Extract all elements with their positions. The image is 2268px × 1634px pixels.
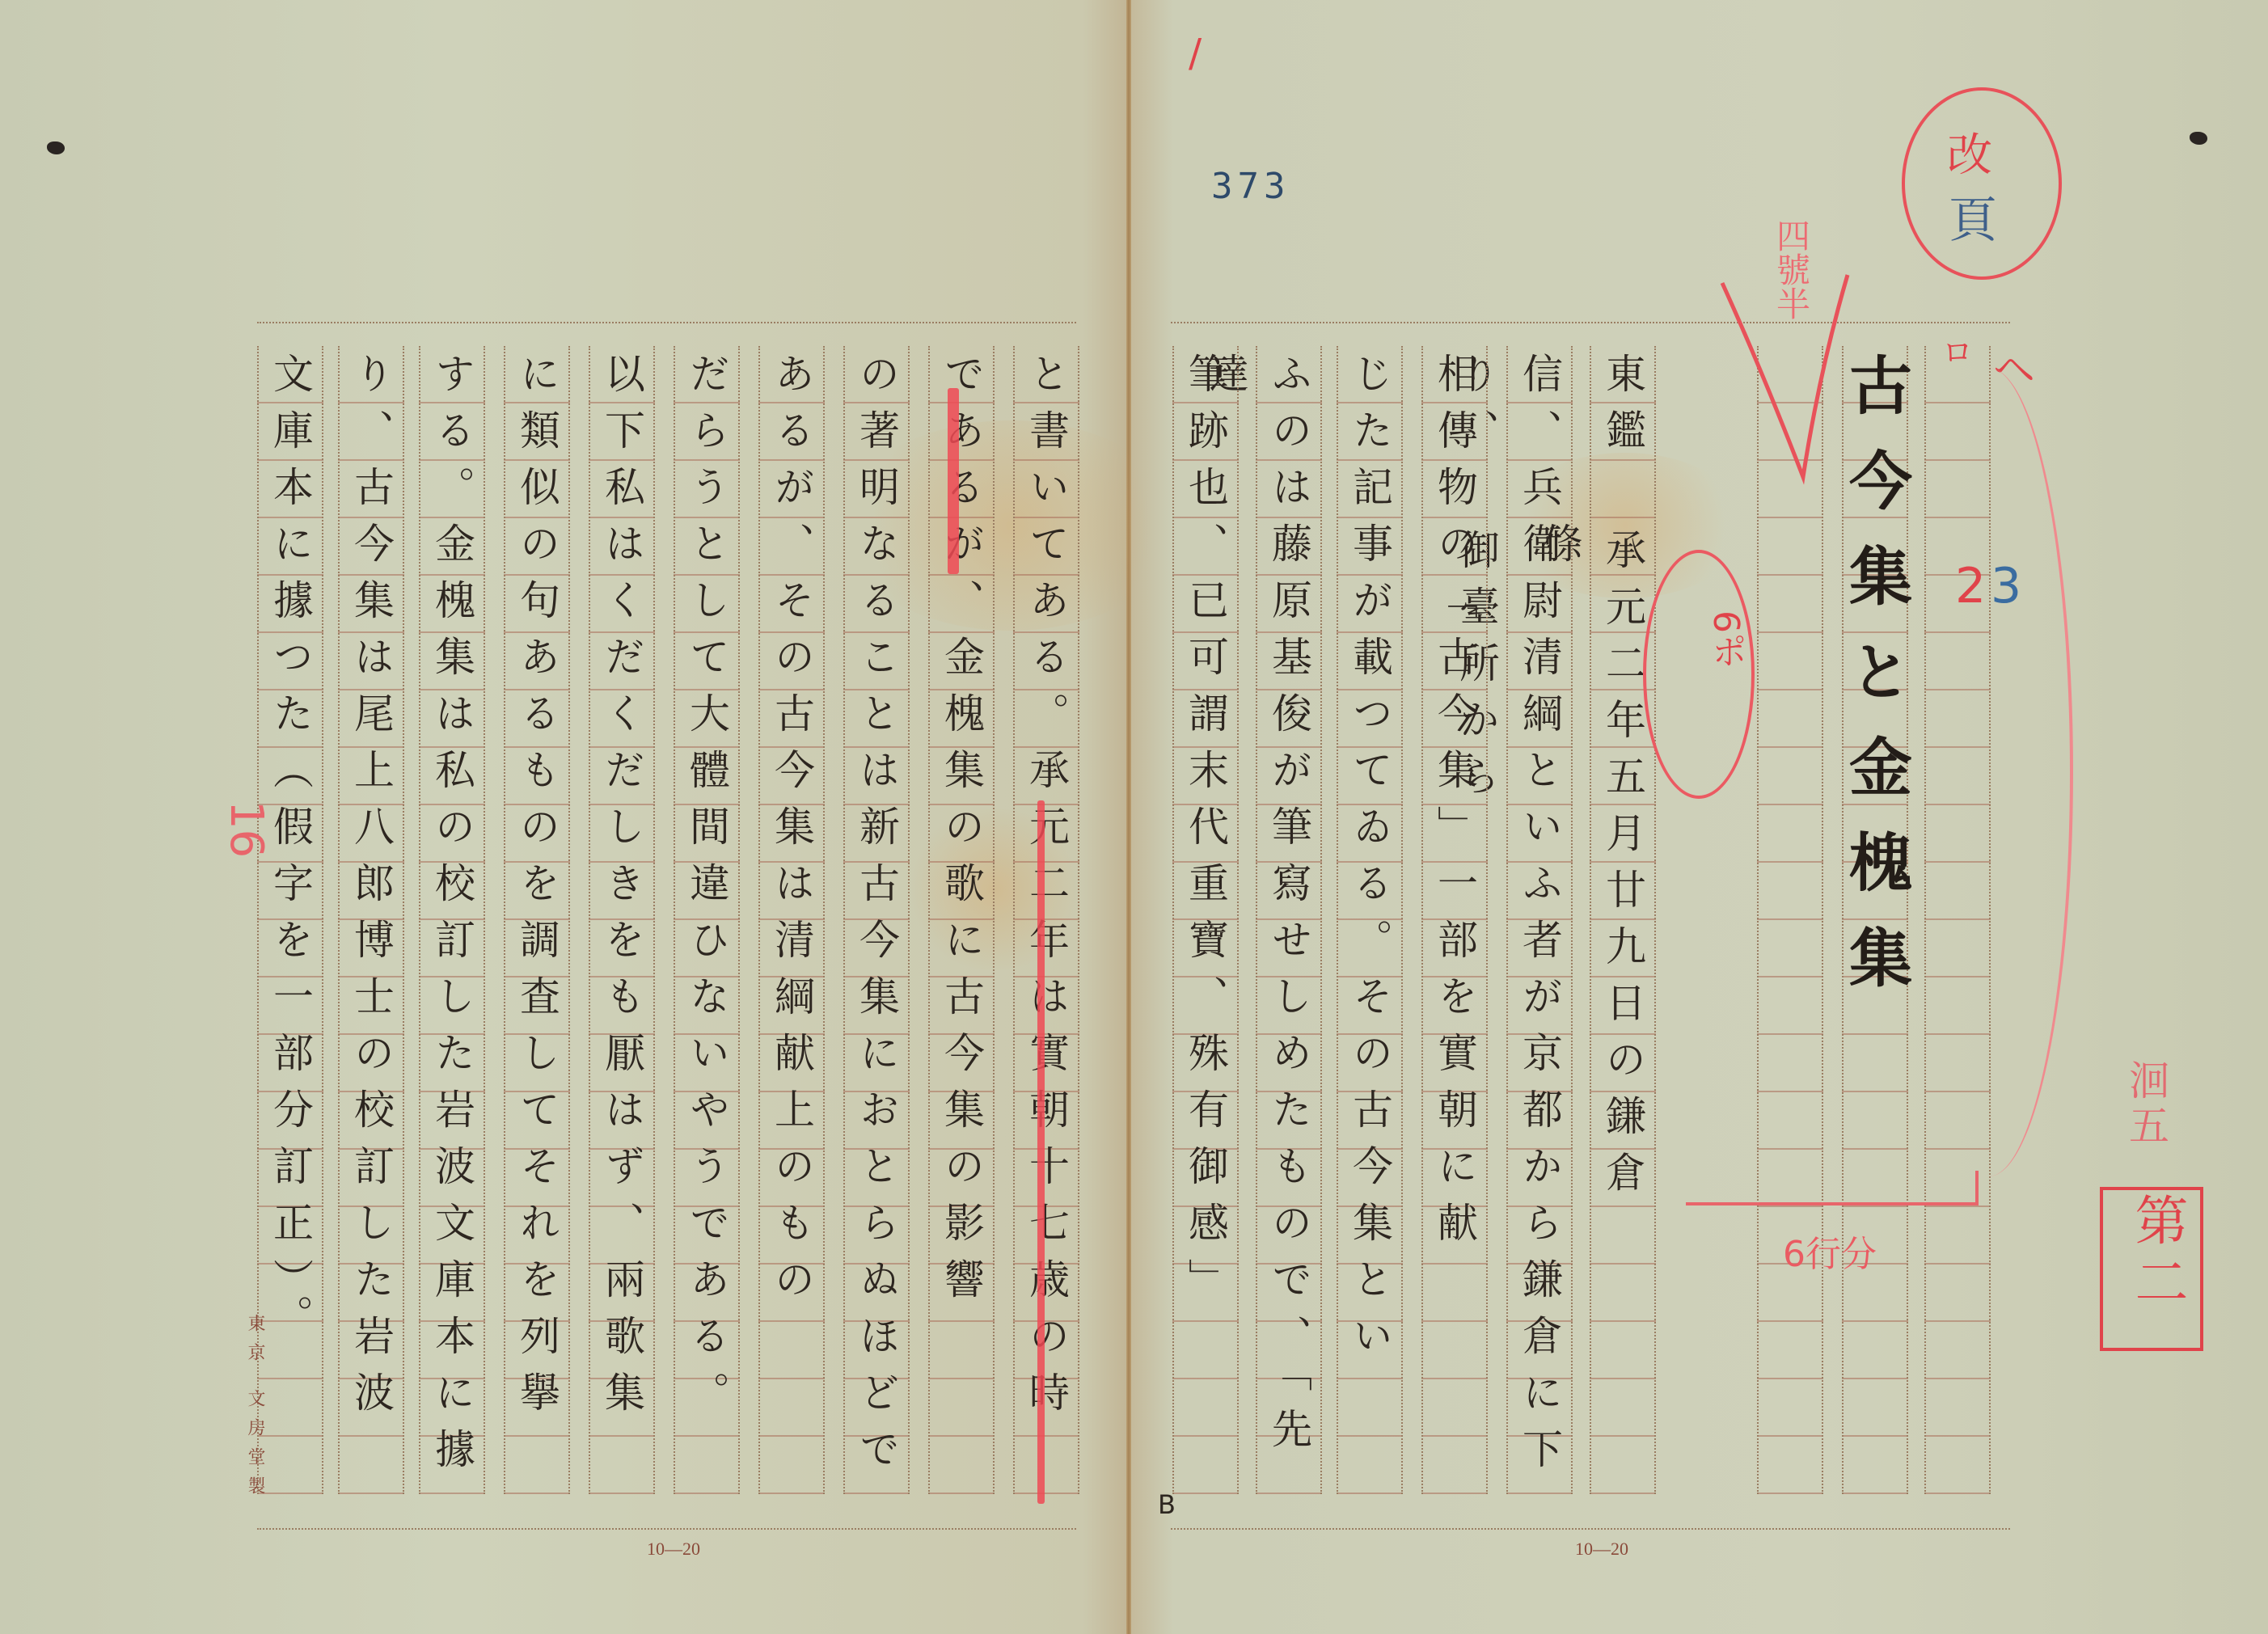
text-column: り、古今集は尾上八郎博士の校訂した岩波: [338, 346, 404, 1494]
paper-spec-label: 10—20: [1575, 1539, 1628, 1560]
left-margin-number: 16: [220, 800, 272, 858]
red-strike-line: [948, 388, 959, 574]
page-number: 373: [1211, 166, 1290, 207]
right-manuscript-grid: 古今集と金槐集 東鑑 承元二年五月廿九日の鎌倉 條 信、兵衛尉清綱といふ者が京都…: [1171, 322, 2010, 1530]
page-break-label-1: 改: [1947, 120, 1992, 184]
bottom-mark: B: [1158, 1489, 1176, 1520]
type-size-note: 四號半: [1767, 218, 1815, 320]
text-column: 以下私はくだくだしきをも厭はず、兩歌集: [589, 346, 655, 1494]
boxed-note: 第二: [2118, 1193, 2195, 1315]
text-column: 筆跡也、已可謂末代重寶、殊有御感」: [1172, 346, 1239, 1494]
text-column: ふのは藤原基俊が筆寫せしめたもので、「先達: [1256, 346, 1322, 1494]
manuscript-title: 古今集と金槐集: [1844, 353, 1907, 1020]
red-tick-mark: /: [1189, 31, 1202, 76]
text-column: であるが、金槐集の歌に古今集の影響: [928, 346, 995, 1494]
text-column: の著明なることは新古今集におとらぬほどで: [843, 346, 910, 1494]
mark-ro: ロ: [1942, 327, 1973, 372]
text-column: だらうとして大體間違ひないやうである。: [674, 346, 740, 1494]
text-column: 東鑑 承元二年五月廿九日の鎌倉 條: [1590, 346, 1656, 1494]
red-strike-line: [1037, 800, 1045, 1504]
printer-mark: 東京 文房堂製: [243, 1314, 268, 1505]
title-column: 古今集と金槐集: [1842, 346, 1908, 1494]
text-column: と書いてある。承元二年は實朝十七歳の時: [1013, 346, 1079, 1494]
text-column: 信、兵衛尉清綱といふ者が京都から鎌倉に下り、 御臺所から: [1506, 346, 1573, 1494]
text-column: じた記事が載つてゐる。その古今集とい: [1337, 346, 1403, 1494]
size-number-blue: 3: [1991, 558, 2021, 614]
circled-size-note: 6ポ: [1700, 610, 1751, 669]
paper-spec-label: 10—20: [647, 1539, 700, 1560]
text-column: あるが、その古今集は清綱献上のもの: [758, 346, 825, 1494]
page-break-label-2: 頁: [1949, 182, 1997, 251]
line-count-note: 6行分: [1783, 1225, 1877, 1277]
red-bracket-end: [1975, 1171, 1979, 1205]
margin-note: 洄五: [2117, 1059, 2175, 1150]
text-column: に類似の句あるものを調査してそれを列擧: [504, 346, 570, 1494]
circled-annotation: [1643, 550, 1755, 799]
empty-column: [1757, 346, 1823, 1494]
size-number-red: 2: [1955, 558, 1986, 614]
punch-hole: [47, 141, 65, 154]
punch-hole: [2190, 132, 2207, 145]
red-bracket: [1686, 1202, 1979, 1205]
text-column: 相傳物の「古今集」一部を實朝に献: [1421, 346, 1488, 1494]
page-fold: [1126, 0, 1131, 1634]
text-column: する。金槐集は私の校訂した岩波文庫本に據: [419, 346, 485, 1494]
